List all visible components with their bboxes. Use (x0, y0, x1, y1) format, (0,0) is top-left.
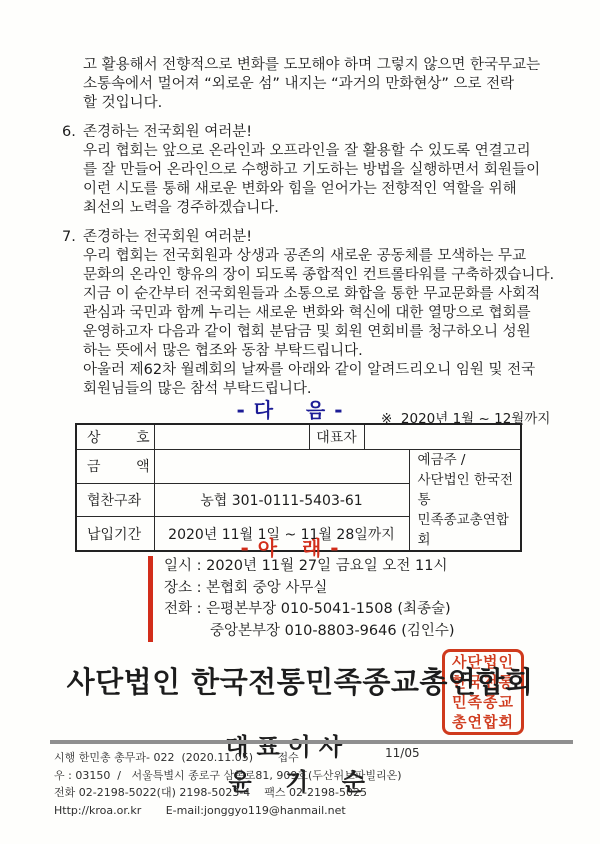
cell-account-value: 농협 301-0111-5403-61 (154, 483, 409, 517)
footer-block: 시행 한민총 총무과- 022 (2020.11.05) 접수 우 : 0315… (54, 749, 402, 819)
meeting-date-line: 일시 : 2020년 11월 27일 금요일 오전 11시 (164, 556, 455, 578)
footer-address-line: 우 : 03150 / 서울특별시 종로구 삼봉로81, 909호(두산위브파빌… (54, 767, 402, 785)
numbered-item-6: 6. 존경하는 전국회원 여러분! 우리 협회는 앞으로 온라인과 오프라인을 … (62, 123, 562, 218)
label-representative: 대표자 (309, 424, 364, 450)
cell-amount-value (154, 450, 409, 484)
footer-web-email-line: Http://kroa.or.kr E-mail:jonggyo119@hanm… (54, 802, 402, 820)
body-text: 고 활용해서 전향적으로 변화를 도모해야 하며 그렇지 않으면 한국무교는 소… (62, 56, 562, 409)
label-company: 상 호 (76, 424, 154, 450)
document-page: 고 활용해서 전향적으로 변화를 도모해야 하며 그렇지 않으면 한국무교는 소… (0, 0, 600, 844)
paragraph-intro: 고 활용해서 전향적으로 변화를 도모해야 하며 그렇지 않으면 한국무교는 소… (62, 56, 562, 113)
organization-name: 사단법인 한국전통민족종교총연합회 (0, 660, 600, 701)
label-amount: 금 액 (76, 450, 154, 484)
item-text: 존경하는 전국회원 여러분! 우리 협회는 앞으로 온라인과 오프라인을 잘 활… (83, 123, 562, 218)
meeting-phone-line-1: 전화 : 은평본부장 010-5041-1508 (최종술) (164, 599, 455, 621)
table-row: 상 호 대표자 (76, 424, 521, 450)
numbered-item-7: 7. 존경하는 전국회원 여러분! 우리 협회는 전국회원과 상생과 공존의 새… (62, 228, 562, 399)
cell-representative-value (364, 424, 521, 450)
label-account: 협찬구좌 (76, 483, 154, 517)
meeting-place-line: 장소 : 본협회 중앙 사무실 (164, 578, 455, 600)
item-number: 6. (62, 123, 83, 218)
meeting-info-list: 일시 : 2020년 11월 27일 금요일 오전 11시 장소 : 본협회 중… (148, 556, 455, 642)
item-text: 존경하는 전국회원 여러분! 우리 협회는 전국회원과 상생과 공존의 새로운 … (83, 228, 562, 399)
footer-divider (50, 740, 573, 744)
meeting-phone-line-2: 중앙본부장 010-8803-9646 (김인수) (164, 621, 455, 643)
footer-phone-line: 전화 02-2198-5022(대) 2198-5023-4 팩스 02-219… (54, 784, 402, 802)
footer-issuance-line: 시행 한민총 총무과- 022 (2020.11.05) 접수 (54, 749, 402, 767)
table-row: 금 액 예금주 / 사단법인 한국전통 민족종교총연합회 (76, 450, 521, 484)
paragraph-text: 고 활용해서 전향적으로 변화를 도모해야 하며 그렇지 않으면 한국무교는 소… (83, 56, 562, 113)
item-number: 7. (62, 228, 83, 399)
cell-company-value (154, 424, 309, 450)
